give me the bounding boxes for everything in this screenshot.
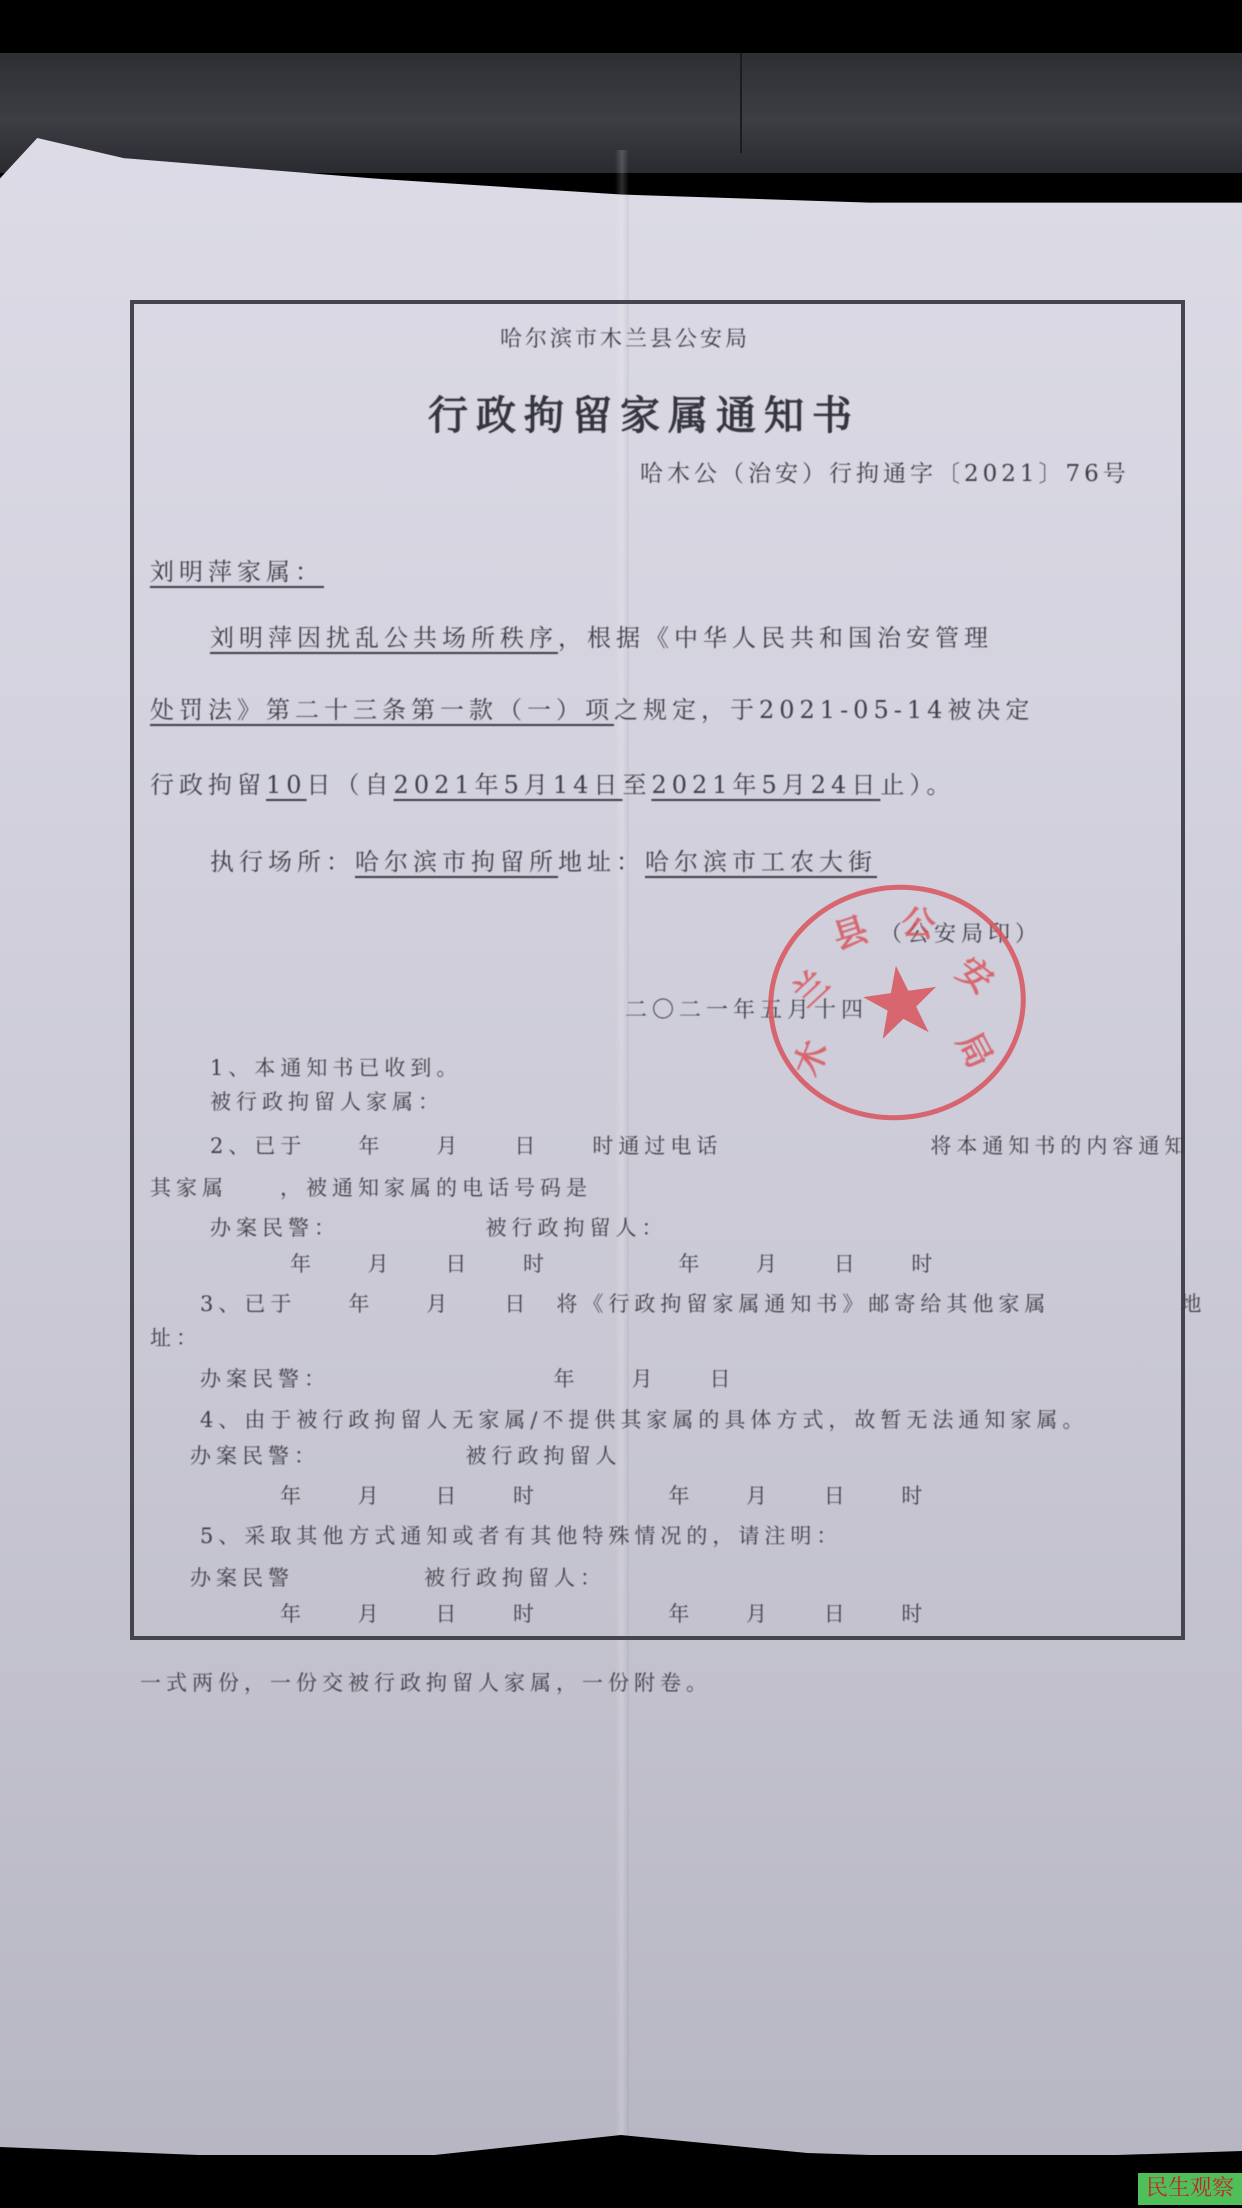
receipt-section-2-dates: 年 月 日 时 年 月 日 时 [290,1248,937,1278]
watermark-label: 民生观察 [1138,2173,1242,2205]
receipt-section-1: 1、本通知书已收到。 [210,1052,462,1082]
issuing-agency: 哈尔滨市木兰县公安局 [500,322,750,353]
fabric-fold [740,53,742,153]
receipt-section-3-address: 址： [150,1322,202,1352]
receipt-section-4: 4、由于被行政拘留人无家属/不提供其家属的具体方式，故暂无法通知家属。 [200,1404,1088,1434]
star-icon [856,956,946,1046]
seal-char: 兰 [780,957,838,1016]
receipt-section-5-dates: 年 月 日 时 年 月 日 时 [280,1598,927,1628]
receipt-section-3-signature: 办案民警： 年 月 日 [200,1363,736,1393]
detainee-name: 刘明萍因 [210,624,326,652]
execution-place-line: 执行场所：哈尔滨市拘留所地址：哈尔滨市工农大街 [210,842,877,877]
top-black-bar [0,0,1242,53]
end-label: 止）。 [880,771,955,799]
body-line-3: 行政拘留10日（自2021年5月14日至2021年5月24日止）。 [150,765,955,800]
document-frame [130,300,1185,1640]
receipt-section-4-dates: 年 月 日 时 年 月 日 时 [280,1480,927,1510]
document-title: 行政拘留家属通知书 [428,384,860,441]
document-number: 哈木公（治安）行拘通字〔2021〕76号 [640,455,1130,488]
seal-char: 公 [899,894,939,947]
body-line-1: 刘明萍因扰乱公共场所秩序，根据《中华人民共和国治安管理 [210,618,993,653]
start-date: 2021年5月14日 [394,771,623,799]
receipt-section-5: 5、采取其他方式通知或者有其他特殊情况的，请注明： [200,1520,842,1550]
receipt-section-3: 3、已于 年 月 日 将《行政拘留家属通知书》邮寄给其他家属 地 [200,1288,1206,1318]
seal-char: 安 [948,943,1005,1003]
end-date: 2021年5月24日 [651,771,880,799]
receipt-family-signature: 被行政拘留人家属： [210,1086,444,1116]
receipt-section-2: 2、已于 年 月 日 时通过电话 将本通知书的内容通知 [210,1130,1190,1160]
to-label: 至 [622,771,651,799]
detention-days: 10 [266,771,307,799]
detention-reason: 扰乱公共场所秩序 [326,624,558,652]
detention-label: 行政拘留 [150,771,266,799]
salutation: 刘明萍家属： [150,552,324,587]
seal-char: 县 [826,902,873,959]
law-article: 处罚法》第二十三条第一款（一）项 [150,696,614,724]
receipt-section-2-signatures: 办案民警： 被行政拘留人： [210,1212,668,1242]
receipt-section-5-signatures: 办案民警 被行政拘留人： [190,1562,606,1592]
law-intro: ，根据《中华人民共和国治安管理 [558,624,993,652]
decision-date-text: 之规定，于2021-05-14被决定 [614,696,1034,724]
address-label: 地址： [558,848,645,876]
footer-note: 一式两份，一份交被行政拘留人家属，一份附卷。 [140,1667,712,1697]
from-label: 日（自 [307,771,394,799]
seal-char: 局 [948,1022,1007,1075]
body-line-2: 处罚法》第二十三条第一款（一）项之规定，于2021-05-14被决定 [150,690,1034,725]
receipt-section-4-signatures: 办案民警： 被行政拘留人 [190,1440,622,1470]
execution-place: 哈尔滨市拘留所 [355,848,558,876]
bottom-black-bar [0,2155,1242,2208]
execution-label: 执行场所： [210,848,355,876]
receipt-section-2-phone: 其家属 ，被通知家属的电话号码是 [150,1172,592,1202]
execution-address: 哈尔滨市工农大街 [645,848,877,876]
